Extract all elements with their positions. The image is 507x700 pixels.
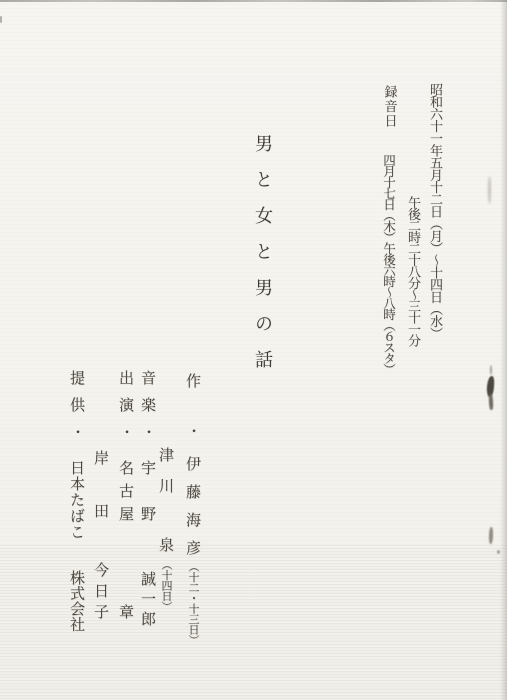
role-separator-dot: ・ bbox=[140, 425, 156, 439]
scan-speck bbox=[497, 550, 500, 554]
sponsor-name: 日本たばこ bbox=[68, 460, 86, 540]
recording-details: 四月十七日（木）午後六時〜八時（６スタ） bbox=[382, 154, 397, 374]
cast-member1-given-name: 章 bbox=[117, 604, 135, 619]
ink-blot-wisp bbox=[490, 365, 492, 375]
scan-smudge-upper bbox=[488, 176, 491, 204]
ink-blot-tail bbox=[489, 394, 494, 410]
writer-name: 伊藤海彦 bbox=[184, 456, 202, 568]
recording-line: 録音日 四月十七日（木）午後六時〜八時（６スタ） bbox=[382, 85, 396, 374]
role-separator-dot: ・ bbox=[185, 424, 201, 438]
writer2-date-note: （十四日） bbox=[160, 559, 173, 612]
cast-role-label: 出演 bbox=[117, 370, 135, 424]
writer2-surname: 津川 bbox=[157, 447, 175, 509]
sponsor-role-label: 提供 bbox=[68, 370, 86, 424]
program-title: 男と女と男の話 bbox=[253, 134, 271, 386]
document-page: 昭和六十一年五月十二日（月）〜十四日（水） 午後二時二十八分〜三十一分 録音日 … bbox=[0, 0, 507, 700]
role-separator-dot: ・ bbox=[118, 425, 134, 439]
writer-role-label: 作 bbox=[184, 373, 202, 388]
broadcast-period-line: 昭和六十一年五月十二日（月）〜十四日（水） bbox=[428, 83, 441, 339]
cast-member1-surname: 名古屋 bbox=[117, 460, 135, 529]
scan-left-speck bbox=[0, 16, 2, 23]
music-column: 音楽 ・ 宇野 誠一郎 bbox=[140, 370, 155, 631]
writer-date-note: （十二・十三日） bbox=[187, 561, 200, 645]
cast-member2-surname: 岸田 bbox=[92, 450, 110, 556]
music-role-label: 音楽 bbox=[139, 370, 157, 424]
writer2-given-name: 泉 bbox=[157, 537, 175, 552]
page-right-edge-shadow bbox=[500, 0, 507, 700]
sponsor-company-suffix: 株式会社 bbox=[68, 570, 86, 632]
writer2-column: 津川 泉 （十四日） bbox=[158, 447, 173, 611]
cast-column: 出演 ・ 名古屋 章 bbox=[118, 370, 133, 619]
music-given-name: 誠一郎 bbox=[139, 571, 157, 631]
broadcast-time-line: 午後二時二十八分〜三十一分 bbox=[406, 196, 419, 346]
scan-top-edge bbox=[0, 0, 507, 2]
recording-label: 録音日 bbox=[382, 85, 397, 129]
scan-smudge-mid bbox=[489, 527, 494, 544]
cast-member2-given-name: 今日子 bbox=[92, 562, 110, 625]
music-surname: 宇野 bbox=[139, 460, 157, 552]
sponsor-column: 提供 ・ 日本たばこ 株式会社 bbox=[69, 370, 84, 632]
writer-column: 作 ・ 伊藤海彦 （十二・十三日） bbox=[185, 373, 200, 645]
cast2-column: 岸田 今日子 bbox=[93, 450, 108, 625]
role-separator-dot: ・ bbox=[69, 425, 85, 439]
